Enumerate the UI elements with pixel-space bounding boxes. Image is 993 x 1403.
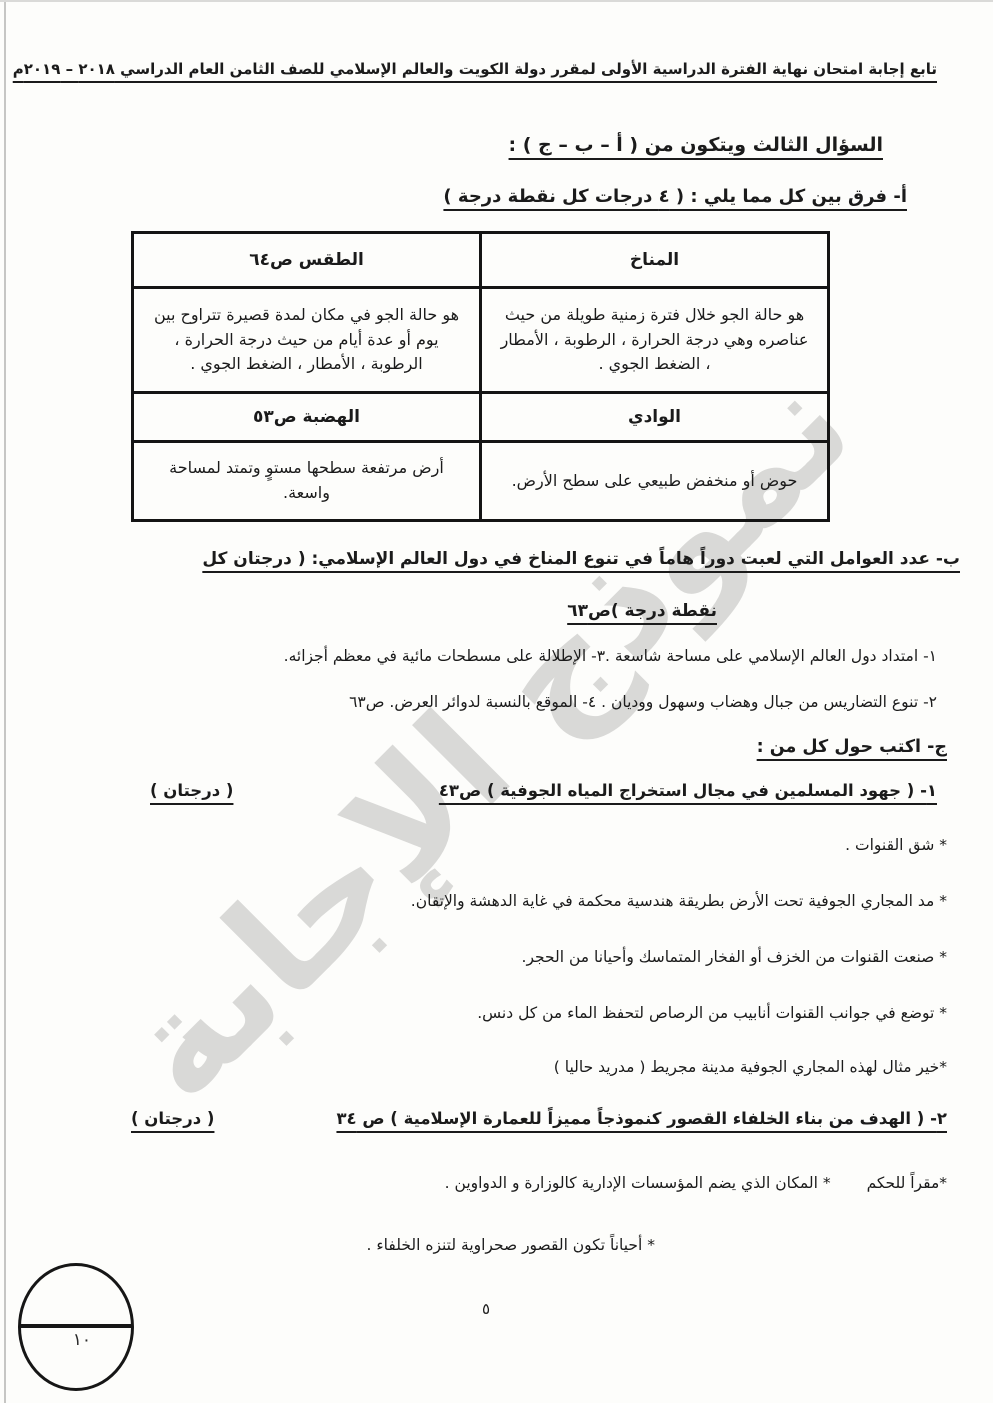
answer-point: * توضع في جوانب القنوات أنابيب من الرصاص…	[477, 1004, 947, 1022]
page-number: ٥	[482, 1300, 490, 1318]
scan-edge-left	[4, 0, 6, 1403]
table-header-climate: المناخ	[481, 233, 829, 288]
score-circle: ١٠	[18, 1263, 134, 1391]
topic1-title: ١- ( جهود المسلمين في مجال استخراج الميا…	[439, 781, 937, 800]
table-cell-valley-definition: حوض أو منخفض طبيعي على سطح الأرض.	[481, 442, 829, 521]
answer-point: * صنعت القنوات من الخزف أو الفخار المتما…	[522, 948, 947, 966]
table-row: حوض أو منخفض طبيعي على سطح الأرض. أرض مر…	[133, 442, 829, 521]
topic2-point-1-right: *مقراً للحكم	[867, 1174, 947, 1192]
part-b-heading-line2: نقطة درجة )ص٦٣	[567, 601, 717, 621]
exam-header: تابع إجابة امتحان نهاية الفترة الدراسية …	[13, 60, 937, 78]
document-page: نموذج الإجابة تابع إجابة امتحان نهاية ال…	[0, 0, 993, 1403]
part-b-item-1: ١- امتداد دول العالم الإسلامي على مساحة …	[284, 647, 937, 665]
part-b-item-2: ٢- تنوع التضاريس من جبال وهضاب وسهول وود…	[349, 693, 937, 711]
topic2-point-1-left: * المكان الذي يضم المؤسسات الإدارية كالو…	[445, 1174, 831, 1192]
table-row: هو حالة الجو خلال فترة زمنية طويلة من حي…	[133, 288, 829, 393]
score-value: ١٠	[73, 1330, 91, 1350]
topic2-marks: ( درجتان )	[131, 1109, 214, 1128]
part-b-heading-line1: ب- عدد العوامل التي لعبت دوراً هاماً في …	[202, 549, 960, 569]
scan-edge-top	[0, 0, 993, 2]
table-cell-weather-definition: هو حالة الجو في مكان لمدة قصيرة تتراوح ب…	[133, 288, 481, 393]
topic2-point-1: *مقراً للحكم* المكان الذي يضم المؤسسات ا…	[445, 1174, 947, 1192]
table-header-valley: الوادي	[481, 393, 829, 442]
answer-point: * مد المجاري الجوفية تحت الأرض بطريقة هن…	[411, 892, 947, 910]
topic2-title: ٢- ( الهدف من بناء الخلفاء القصور كنموذج…	[336, 1109, 947, 1128]
table-header-weather: الطقس ص٦٤	[133, 233, 481, 288]
score-circle-line	[19, 1324, 133, 1328]
answer-point: *خير مثال لهذه المجاري الجوفية مدينة مجر…	[554, 1058, 947, 1076]
table-cell-plateau-definition: أرض مرتفعة سطحها مستوٍ وتمتد لمساحة واسع…	[133, 442, 481, 521]
part-a-heading: أ- فرق بين كل مما يلي : ( ٤ درجات كل نقط…	[443, 186, 907, 207]
answer-point: * شق القنوات .	[845, 836, 947, 854]
topic1-marks: ( درجتان )	[150, 781, 233, 800]
question-title: السؤال الثالث ويتكون من ( أ – ب – ج ) :	[509, 134, 883, 156]
table-row: الوادي الهضبة ص٥٣	[133, 393, 829, 442]
table-header-plateau: الهضبة ص٥٣	[133, 393, 481, 442]
comparison-table: المناخ الطقس ص٦٤ هو حالة الجو خلال فترة …	[131, 231, 830, 522]
topic2-point-2: * أحياناً تكون القصور صحراوية لتنزه الخل…	[367, 1236, 655, 1254]
table-row: المناخ الطقس ص٦٤	[133, 233, 829, 288]
table-cell-climate-definition: هو حالة الجو خلال فترة زمنية طويلة من حي…	[481, 288, 829, 393]
part-c-heading: ج- اكتب حول كل من :	[757, 737, 947, 757]
